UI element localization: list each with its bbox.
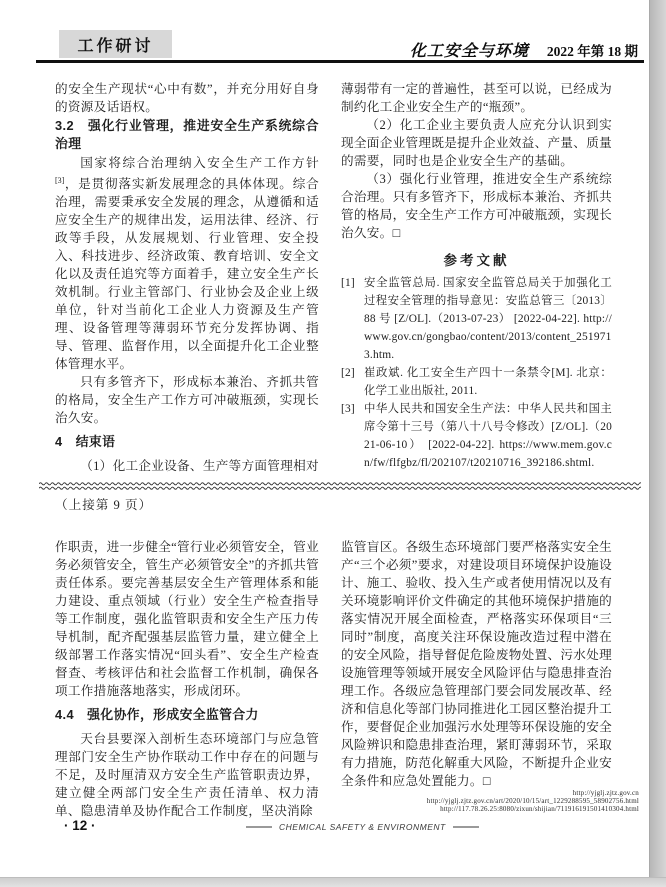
reference-text: 崔政斌. 化工安全生产四十一条禁令[M]. 北京：化学工业出版社, 2011. bbox=[364, 364, 612, 400]
lower-left-column: 作职责，进一步健全“管行业必须管安全，管业务必须管安全，管生产必须管安全”的齐抓… bbox=[55, 538, 319, 820]
section-heading-4-4: 4.4 强化协作，形成安全监管合力 bbox=[55, 706, 319, 724]
paragraph: 国家将综合治理纳入安全生产工作方针[3]，是贯彻落实新发展理念的具体体现。综合治… bbox=[55, 154, 319, 373]
reference-item: [2] 崔政斌. 化工安全生产四十一条禁令[M]. 北京：化学工业出版社, 20… bbox=[341, 364, 612, 400]
footer-page-number: · 12 · bbox=[64, 818, 96, 833]
footer-journal-english-label: CHEMICAL SAFETY & ENVIRONMENT bbox=[279, 822, 446, 832]
upper-left-column: 的安全生产现状“心中有数”，并充分用好自身的资源及话语权。 3.2 强化行业管理… bbox=[55, 80, 319, 475]
header-rule bbox=[36, 60, 644, 63]
paragraph: 薄弱带有一定的普遍性，甚至可以说，已经成为制约化工企业安全生产的“瓶颈”。 bbox=[341, 80, 612, 116]
reference-item: [1] 安全监管总局. 国家安全监管总局关于加强化工过程安全管理的指导意见：安监… bbox=[341, 274, 612, 364]
scan-edge-right bbox=[649, 0, 666, 879]
section-heading-3-2: 3.2 强化行业管理，推进安全生产系统综合治理 bbox=[55, 117, 319, 153]
journal-name: 化工安全与环境 bbox=[410, 43, 529, 60]
journal-header: 化工安全与环境 2022 年第 18 期 bbox=[410, 38, 638, 61]
source-url: http://117.78.26.25:8080/zixun/shijian/7… bbox=[427, 805, 639, 813]
footer-journal-english: CHEMICAL SAFETY & ENVIRONMENT bbox=[246, 822, 479, 832]
section-tag: 工作研讨 bbox=[59, 30, 172, 58]
reference-number: [3] bbox=[341, 400, 364, 472]
upper-right-column: 薄弱带有一定的普遍性，甚至可以说，已经成为制约化工企业安全生产的“瓶颈”。 （2… bbox=[341, 80, 612, 472]
footer-rule-left bbox=[246, 826, 272, 828]
source-url-list: http://yjglj.zjtz.gov.cn http://yjglj.zj… bbox=[427, 789, 639, 813]
continuation-note: （上接第 9 页） bbox=[55, 494, 152, 513]
wavy-divider-icon bbox=[39, 481, 641, 491]
paragraph-text: ，是贯彻落实新发展理念的具体体现。综合治理，需要秉承安全发展的理念，从遵循和适应… bbox=[55, 177, 319, 371]
paragraph: （3）强化行业管理，推进安全生产系统综合治理。只有多管齐下，形成标本兼治、齐抓共… bbox=[341, 170, 612, 242]
paragraph: 只有多管齐下，形成标本兼治、齐抓共管的格局，安全生产工作方可冲破瓶颈，实现长治久… bbox=[55, 373, 319, 427]
reference-text: 中华人民共和国安全生产法：中华人民共和国主席令第十三号（第八十八号令修改）[Z/… bbox=[364, 400, 612, 472]
source-url: http://yjglj.zjtz.gov.cn bbox=[427, 789, 639, 797]
reference-item: [3] 中华人民共和国安全生产法：中华人民共和国主席令第十三号（第八十八号令修改… bbox=[341, 400, 612, 472]
footer-rule-right bbox=[453, 826, 479, 828]
paragraph: 监管盲区。各级生态环境部门要严格落实安全生产“三个必须”要求，对建设项目环境保护… bbox=[341, 538, 612, 790]
citation-superscript: [3] bbox=[55, 176, 64, 185]
scan-edge-bottom bbox=[0, 877, 666, 887]
paragraph: 的安全生产现状“心中有数”，并充分用好自身的资源及话语权。 bbox=[55, 80, 319, 116]
paragraph: 作职责，进一步健全“管行业必须管安全，管业务必须管安全，管生产必须管安全”的齐抓… bbox=[55, 538, 319, 700]
lower-right-column: 监管盲区。各级生态环境部门要严格落实安全生产“三个必须”要求，对建设项目环境保护… bbox=[341, 538, 612, 790]
paragraph: （2）化工企业主要负责人应充分认识到实现全面企业管理既是提升企业效益、产量、质量… bbox=[341, 116, 612, 170]
section-tag-label: 工作研讨 bbox=[77, 33, 153, 56]
journal-issue: 2022 年第 18 期 bbox=[547, 44, 638, 59]
section-heading-4: 4 结束语 bbox=[55, 433, 319, 451]
references-title: 参考文献 bbox=[341, 249, 612, 269]
wavy-divider bbox=[39, 478, 641, 488]
paragraph-text: 国家将综合治理纳入安全生产工作方针 bbox=[80, 156, 319, 170]
paragraph: （1）化工企业设备、生产等方面管理相对 bbox=[55, 457, 319, 475]
reference-number: [2] bbox=[341, 364, 364, 400]
reference-text: 安全监管总局. 国家安全监管总局关于加强化工过程安全管理的指导意见：安监总管三〔… bbox=[364, 274, 612, 364]
journal-page: 工作研讨 化工安全与环境 2022 年第 18 期 的安全生产现状“心中有数”，… bbox=[0, 0, 666, 887]
paragraph: 天台县要深入剖析生态环境部门与应急管理部门安全生产协作联动工作中存在的问题与不足… bbox=[55, 730, 319, 820]
reference-number: [1] bbox=[341, 274, 364, 364]
source-url: http://yjglj.zjtz.gov.cn/art/2020/10/15/… bbox=[427, 797, 639, 805]
